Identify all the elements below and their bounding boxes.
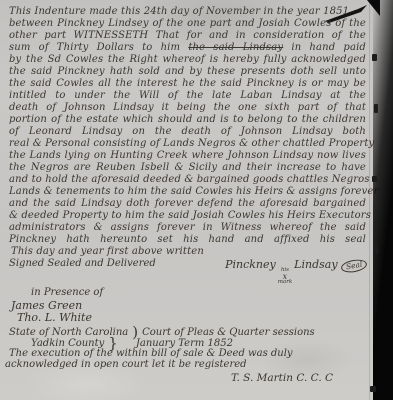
deed-line: This day and year first above written	[9, 246, 366, 258]
deed-line: This Indenture made this 24th day of Nov…	[9, 6, 366, 18]
deed-line: of Leonard Lindsay on the death of Johns…	[9, 126, 366, 138]
deed-line: and the said Lindsay doth forever defend…	[9, 198, 366, 210]
deed-line: portion of the estate which should and i…	[9, 114, 366, 126]
clerk-signature: T. S. Martin C. C. C	[231, 372, 367, 384]
deed-line-segment: in hand paid	[283, 42, 366, 53]
deed-line: by the Sd Cowles the Right whereof is he…	[9, 54, 366, 66]
deed-line: Pinckney hath hereunto set his hand and …	[9, 234, 366, 246]
deed-body-text: This Indenture made this 24th day of Nov…	[9, 6, 366, 258]
court-certification-block: State of North Carolina ) Court of Pleas…	[9, 327, 367, 384]
signature-block: Signed Sealed and Delivered Pinckneyhisx…	[9, 258, 367, 324]
deed-line: real & Personal consisting of Lands Negr…	[9, 138, 366, 150]
deed-line: and to hold the aforesaid deeded & barga…	[9, 174, 366, 186]
mark-label: mark	[278, 280, 292, 285]
deed-line: between Pinckney Lindsey of the one part…	[9, 18, 366, 30]
seal-stamp: Seal	[340, 258, 368, 274]
deed-line: & deeded Property to him the said Josiah…	[9, 210, 366, 222]
brace-glyph: }	[108, 338, 118, 348]
brace-glyph: )	[132, 327, 138, 337]
his-mark-stack: hisxmark	[278, 268, 292, 285]
document-page: This Indenture made this 24th day of Nov…	[0, 0, 393, 400]
grantor-signature: PinckneyhisxmarkLindsaySeal	[225, 258, 367, 285]
binding-corner-shadow	[367, 0, 380, 16]
deed-line: other part WITNESSETH That for and in co…	[9, 30, 366, 42]
signature-first-name: Pinckney	[225, 258, 276, 271]
deed-line: the Negros are Reuben Isbell & Sicily an…	[9, 162, 366, 174]
edge-speck	[372, 176, 377, 182]
struck-out-text: the said Lindsay	[188, 42, 283, 53]
edge-speck	[370, 386, 376, 392]
deed-line: intitled to under the Will of the late L…	[9, 90, 366, 102]
edge-speck	[374, 104, 378, 113]
deed-line: the said Cowles all the interest he the …	[9, 78, 366, 90]
page-edge-crease	[369, 0, 370, 400]
deed-line: Lands & tenements to him the said Cowles…	[9, 186, 366, 198]
certification-line: The execution of the within bill of sale…	[9, 349, 367, 360]
edge-speck	[374, 246, 378, 254]
deed-line: death of Johnson Lindsay it being the on…	[9, 102, 366, 114]
witness-signature: Tho. L. White	[17, 312, 367, 324]
certification-line: acknowledged in open court let it be reg…	[5, 360, 367, 371]
signature-last-name: Lindsay	[294, 258, 337, 271]
attestation-text: Signed Sealed and Delivered	[9, 258, 156, 269]
deed-line: sum of Thirty Dollars to him the said Li…	[9, 42, 366, 54]
edge-speck	[372, 54, 377, 61]
deed-line: the said Pinckney hath sold and by these…	[9, 66, 366, 78]
deed-line: administrators & assigns forever in Witn…	[9, 222, 366, 234]
presence-text: in Presence of	[31, 287, 367, 298]
deed-line-segment: sum of Thirty Dollars to him	[9, 42, 188, 53]
deed-line: the Lands lying on Hunting Creek where J…	[9, 150, 366, 162]
court-label: Court of Pleas & Quarter sessions	[142, 327, 315, 338]
